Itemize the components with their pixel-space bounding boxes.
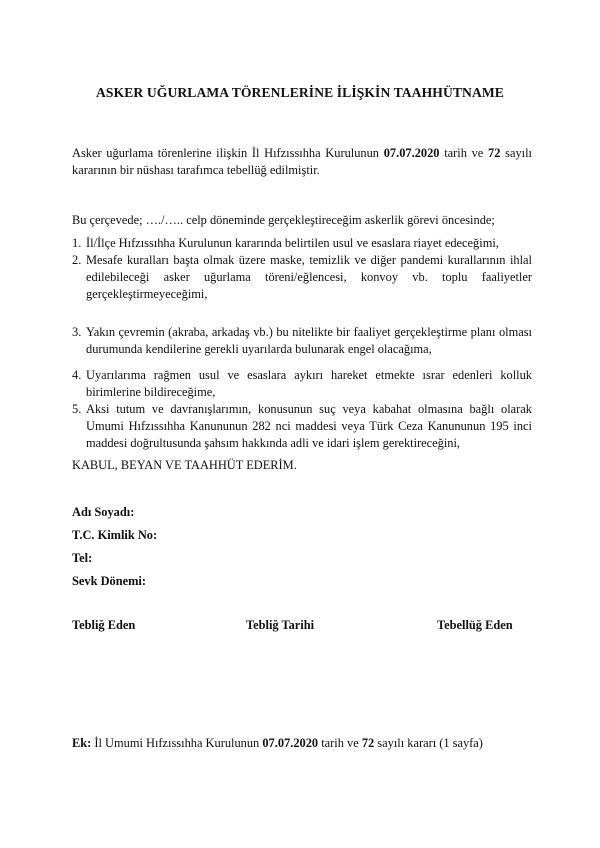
intro-decision-number: 72: [488, 146, 500, 160]
intro-decision-date: 07.07.2020: [384, 146, 440, 160]
list-item-text: Yakın çevremin (akraba, arkadaş vb.) bu …: [86, 324, 532, 358]
list-item-text: Aksi tutum ve davranışlarımın, konusunun…: [86, 401, 532, 452]
field-label-phone: Tel:: [72, 550, 92, 567]
list-item-text: İl/İlçe Hıfzıssıhha Kurulunun kararında …: [86, 235, 532, 252]
signature-recipient-label: Tebellüğ Eden: [437, 617, 513, 634]
list-item: 1. İl/İlçe Hıfzıssıhha Kurulunun kararın…: [72, 235, 532, 252]
list-item-number: 2.: [72, 252, 86, 269]
document-title: ASKER UĞURLAMA TÖRENLERİNE İLİŞKİN TAAHH…: [0, 84, 600, 101]
attachment-note: Ek: İl Umumi Hıfzıssıhha Kurulunun 07.07…: [72, 735, 532, 752]
field-label-name: Adı Soyadı:: [72, 504, 134, 521]
attachment-text-3: sayılı kararı (1 sayfa): [374, 736, 483, 750]
list-item-text: Uyarılarıma rağmen usul ve esaslara aykı…: [86, 367, 532, 401]
list-item: 5. Aksi tutum ve davranışlarımın, konusu…: [72, 401, 532, 452]
field-label-tc-id: T.C. Kimlik No:: [72, 527, 157, 544]
list-item-text-last: gerçekleştirmeyeceğimi,: [86, 286, 532, 303]
list-item: 4. Uyarılarıma rağmen usul ve esaslara a…: [72, 367, 532, 401]
lead-paragraph: Bu çerçevede; …./….. celp döneminde gerç…: [72, 212, 532, 229]
list-item-number: 4.: [72, 367, 86, 384]
field-label-period: Sevk Dönemi:: [72, 573, 146, 590]
list-item-number: 1.: [72, 235, 86, 252]
list-item: 3. Yakın çevremin (akraba, arkadaş vb.) …: [72, 324, 532, 358]
attachment-text-1: İl Umumi Hıfzıssıhha Kurulunun: [91, 736, 262, 750]
document-page: ASKER UĞURLAMA TÖRENLERİNE İLİŞKİN TAAHH…: [0, 0, 600, 848]
list-item: 2. Mesafe kuralları başta olmak üzere ma…: [72, 252, 532, 303]
list-item-number: 5.: [72, 401, 86, 418]
signature-notifier-label: Tebliğ Eden: [72, 617, 135, 634]
intro-text-2: tarih ve: [439, 146, 488, 160]
signature-date-label: Tebliğ Tarihi: [246, 617, 314, 634]
list-item-number: 3.: [72, 324, 86, 341]
intro-paragraph: Asker uğurlama törenlerine ilişkin İl Hı…: [72, 145, 532, 179]
attachment-decision-date: 07.07.2020: [262, 736, 318, 750]
attachment-text-2: tarih ve: [318, 736, 362, 750]
list-item-text-main: Mesafe kuralları başta olmak üzere maske…: [86, 252, 532, 286]
declaration-statement: KABUL, BEYAN VE TAAHHÜT EDERİM.: [72, 457, 532, 474]
attachment-decision-number: 72: [362, 736, 374, 750]
intro-text-1: Asker uğurlama törenlerine ilişkin İl Hı…: [72, 146, 384, 160]
attachment-label: Ek:: [72, 736, 91, 750]
list-item-text: Mesafe kuralları başta olmak üzere maske…: [86, 252, 532, 303]
